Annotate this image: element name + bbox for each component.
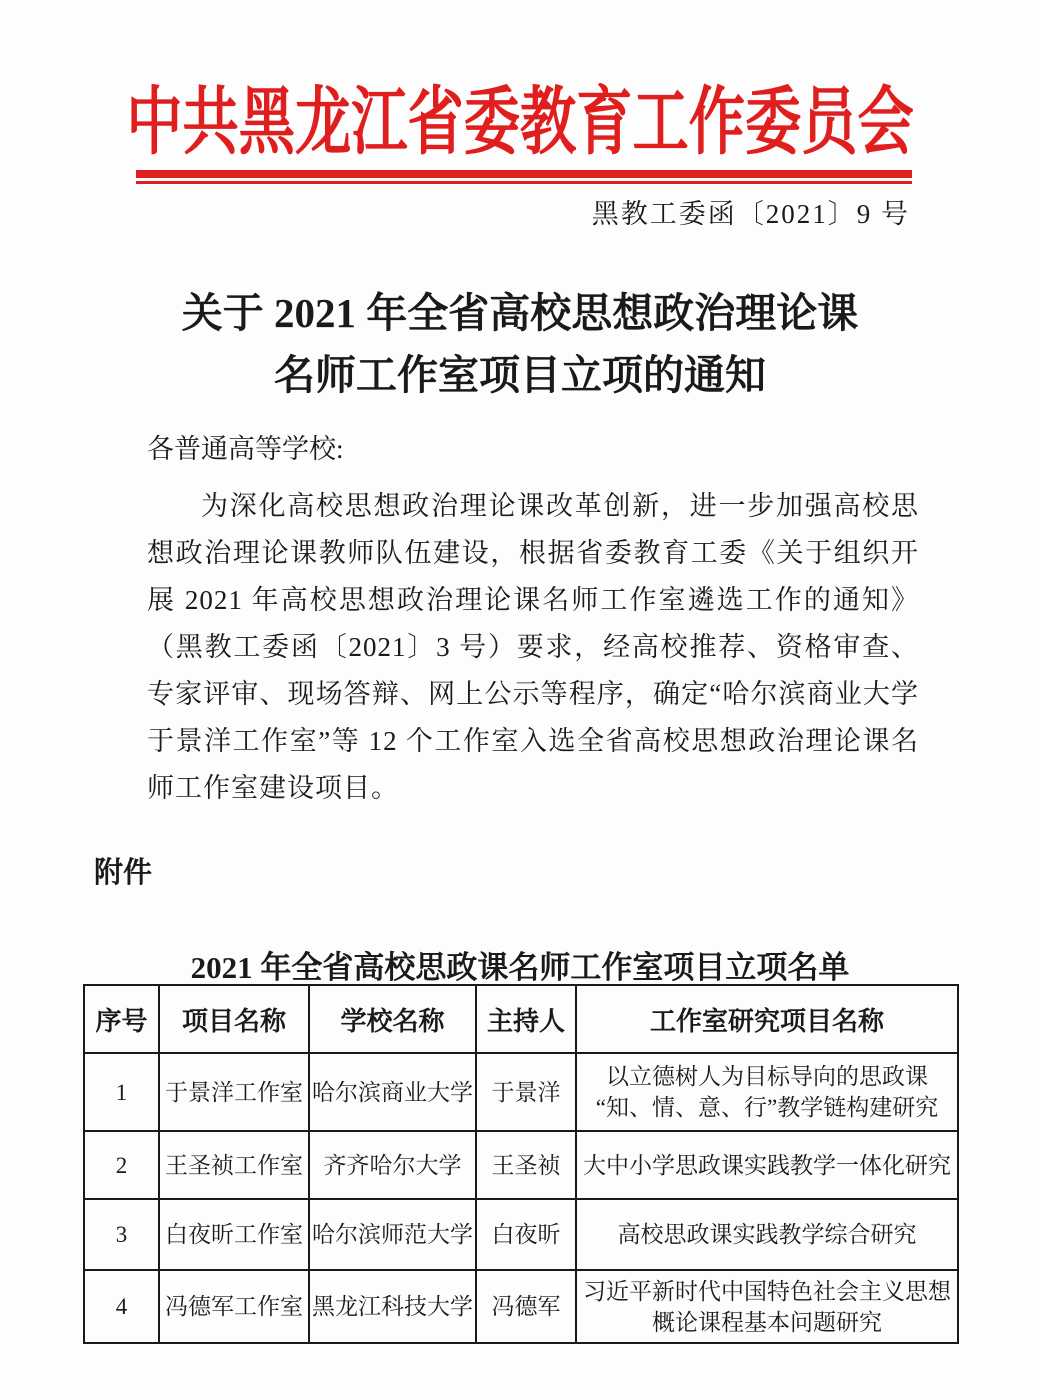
document-page: 中共黑龙江省委教育工作委员会 黑教工委函〔2021〕9 号 关于 2021 年全…	[0, 0, 1040, 1398]
letterhead-divider	[136, 170, 912, 184]
cell-school: 黑龙江科技大学	[309, 1270, 476, 1343]
doc-title-line1: 关于 2021 年全省高校思想政治理论课	[0, 282, 1040, 344]
cell-index: 1	[84, 1053, 159, 1131]
letterhead-org-title: 中共黑龙江省委教育工作委员会	[125, 86, 915, 160]
cell-research: 以立德树人为目标导向的思政课“知、情、意、行”教学链构建研究	[576, 1053, 958, 1131]
table-row: 3 白夜昕工作室 哈尔滨师范大学 白夜昕 高校思政课实践教学综合研究	[84, 1199, 958, 1270]
divider-thin-line	[136, 181, 912, 184]
body-paragraph: 为深化高校思想政治理论课改革创新，进一步加强高校思想政治理论课教师队伍建设，根据…	[147, 483, 919, 812]
doc-title-line2: 名师工作室项目立项的通知	[0, 344, 1040, 406]
cell-project: 冯德军工作室	[159, 1270, 309, 1343]
cell-school: 哈尔滨师范大学	[309, 1199, 476, 1270]
cell-project: 王圣祯工作室	[159, 1131, 309, 1199]
cell-host: 于景洋	[476, 1053, 576, 1131]
table-row: 2 王圣祯工作室 齐齐哈尔大学 王圣祯 大中小学思政课实践教学一体化研究	[84, 1131, 958, 1199]
cell-host: 王圣祯	[476, 1131, 576, 1199]
cell-research: 大中小学思政课实践教学一体化研究	[576, 1131, 958, 1199]
col-header-project: 项目名称	[159, 985, 309, 1053]
col-header-index: 序号	[84, 985, 159, 1053]
table-row: 1 于景洋工作室 哈尔滨商业大学 于景洋 以立德树人为目标导向的思政课“知、情、…	[84, 1053, 958, 1131]
cell-host: 冯德军	[476, 1270, 576, 1343]
cell-index: 2	[84, 1131, 159, 1199]
table-title: 2021 年全省高校思政课名师工作室项目立项名单	[0, 942, 1040, 987]
divider-thick-line	[136, 170, 912, 178]
doc-number: 黑教工委函〔2021〕9 号	[592, 197, 910, 231]
table-row: 4 冯德军工作室 黑龙江科技大学 冯德军 习近平新时代中国特色社会主义思想概论课…	[84, 1270, 958, 1343]
col-header-host: 主持人	[476, 985, 576, 1053]
salutation: 各普通高等学校:	[147, 434, 344, 464]
cell-index: 3	[84, 1199, 159, 1270]
attachment-label: 附件	[94, 850, 152, 891]
project-roster-table: 序号 项目名称 学校名称 主持人 工作室研究项目名称 1 于景洋工作室 哈尔滨商…	[83, 984, 959, 1344]
cell-school: 哈尔滨商业大学	[309, 1053, 476, 1131]
cell-index: 4	[84, 1270, 159, 1343]
cell-school: 齐齐哈尔大学	[309, 1131, 476, 1199]
col-header-school: 学校名称	[309, 985, 476, 1053]
cell-host: 白夜昕	[476, 1199, 576, 1270]
doc-title: 关于 2021 年全省高校思想政治理论课 名师工作室项目立项的通知	[0, 282, 1040, 406]
table-header-row: 序号 项目名称 学校名称 主持人 工作室研究项目名称	[84, 985, 958, 1053]
col-header-research: 工作室研究项目名称	[576, 985, 958, 1053]
cell-project: 白夜昕工作室	[159, 1199, 309, 1270]
cell-project: 于景洋工作室	[159, 1053, 309, 1131]
cell-research: 高校思政课实践教学综合研究	[576, 1199, 958, 1270]
cell-research: 习近平新时代中国特色社会主义思想概论课程基本问题研究	[576, 1270, 958, 1343]
